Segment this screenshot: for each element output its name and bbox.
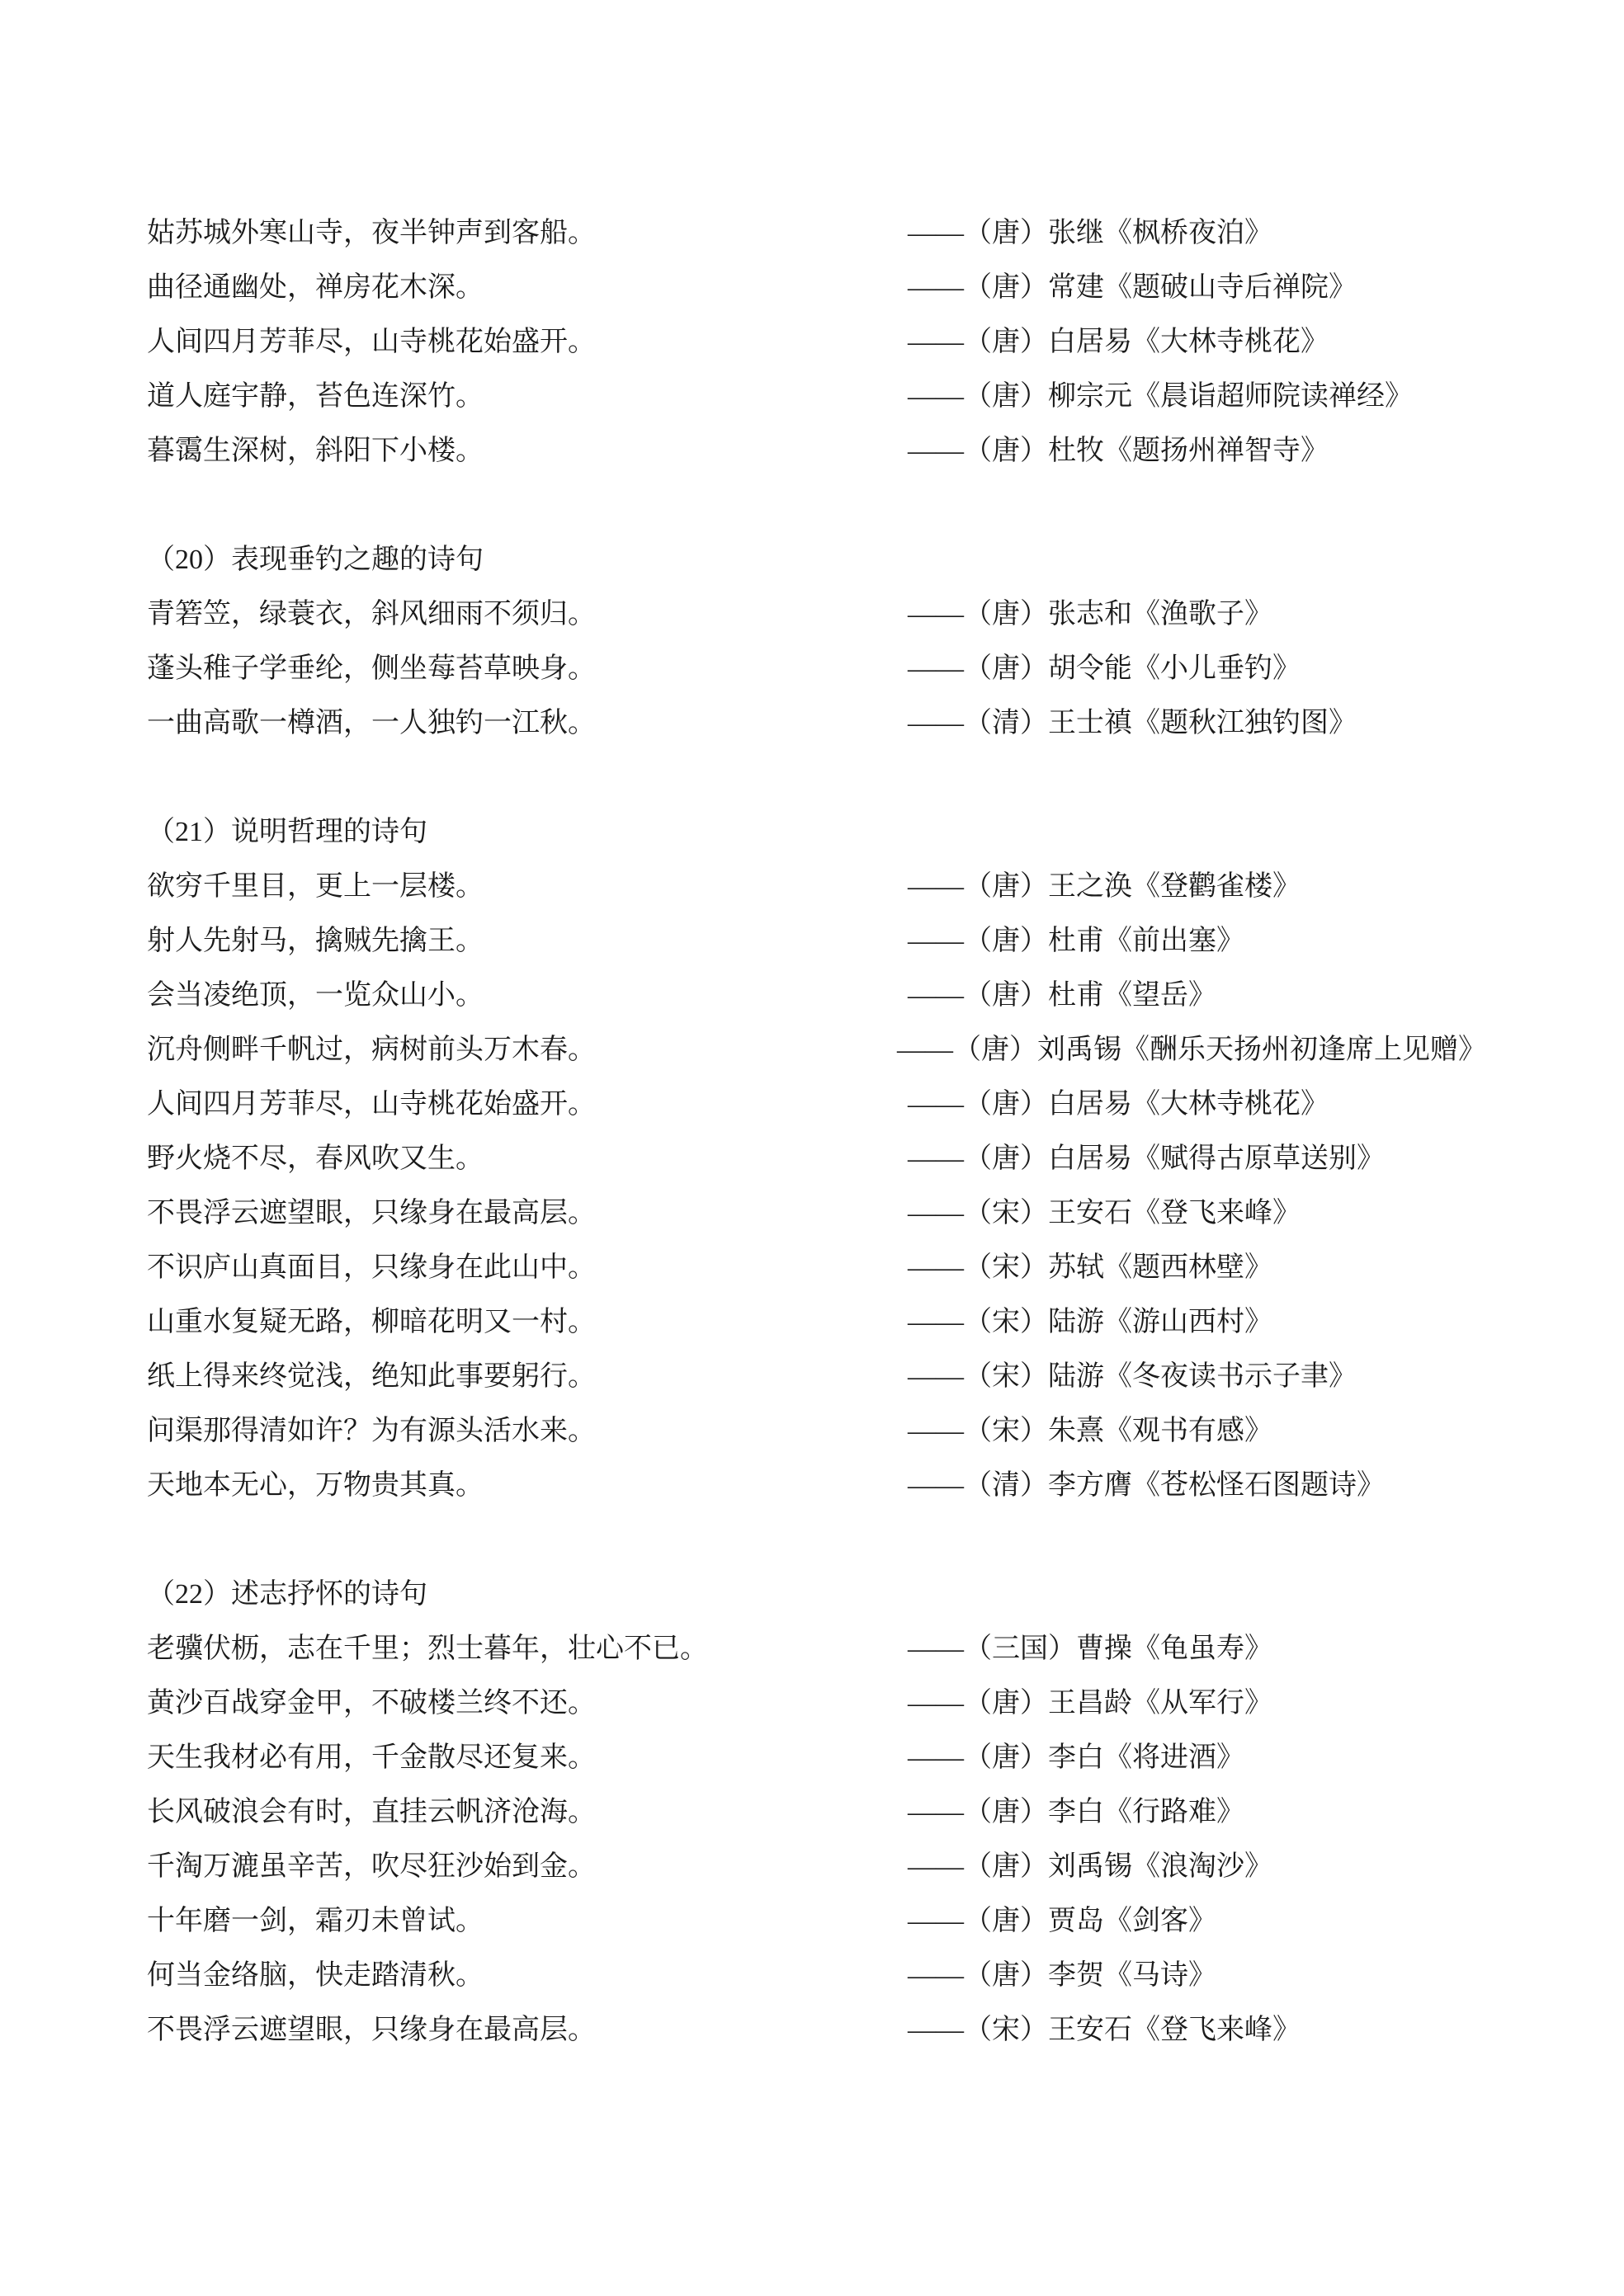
poem-row: 不畏浮云遮望眼，只缘身在最高层。——（宋）王安石《登飞来峰》: [0, 1186, 1624, 1241]
poem-attribution-text: ——（宋）陆游《冬夜读书示子聿》: [908, 1350, 1357, 1404]
poem-attribution-text: ——（宋）苏轼《题西林壁》: [908, 1241, 1272, 1295]
poem-quote-text: 沉舟侧畔千帆过，病树前头万木春。: [147, 1023, 596, 1077]
poem-quote-text: 曲径通幽处，禅房花木深。: [147, 261, 484, 315]
poem-row: 野火烧不尽，春风吹又生。——（唐）白居易《赋得古原草送别》: [0, 1132, 1624, 1186]
poem-row: 天地本无心，万物贵其真。——（清）李方膺《苍松怪石图题诗》: [0, 1459, 1624, 1513]
poem-row: 射人先射马，擒贼先擒王。——（唐）杜甫《前出塞》: [0, 914, 1624, 969]
poem-attribution-text: ——（唐）柳宗元《晨诣超师院读禅经》: [908, 370, 1413, 424]
poem-row: 人间四月芳菲尽，山寺桃花始盛开。——（唐）白居易《大林寺桃花》: [0, 315, 1624, 370]
poem-quote-text: 问渠那得清如许？为有源头活水来。: [147, 1404, 596, 1459]
poem-quote-text: 一曲高歌一樽酒，一人独钓一江秋。: [147, 696, 596, 751]
poem-quote-text: 不畏浮云遮望眼，只缘身在最高层。: [147, 2003, 596, 2058]
poem-attribution-text: ——（唐）王之涣《登鹳雀楼》: [908, 860, 1301, 914]
poem-row: 青箬笠，绿蓑衣，斜风细雨不须归。——（唐）张志和《渔歌子》: [0, 587, 1624, 642]
poem-row: 欲穷千里目，更上一层楼。——（唐）王之涣《登鹳雀楼》: [0, 860, 1624, 914]
poem-attribution-text: ——（唐）常建《题破山寺后禅院》: [908, 261, 1357, 315]
poem-quote-text: 不畏浮云遮望眼，只缘身在最高层。: [147, 1186, 596, 1241]
poem-attribution-text: ——（唐）李白《将进酒》: [908, 1731, 1244, 1785]
section-header: （22）述志抒怀的诗句: [0, 1568, 1624, 1622]
poem-quote-text: 黄沙百战穿金甲，不破楼兰终不还。: [147, 1676, 596, 1731]
blank-line: [0, 1513, 1624, 1568]
poem-attribution-text: ——（宋）朱熹《观书有感》: [908, 1404, 1272, 1459]
poem-row: 山重水复疑无路，柳暗花明又一村。——（宋）陆游《游山西村》: [0, 1295, 1624, 1350]
poem-row: 会当凌绝顶，一览众山小。——（唐）杜甫《望岳》: [0, 969, 1624, 1023]
section-header-text: （22）述志抒怀的诗句: [147, 1568, 427, 1622]
poem-attribution-text: ——（唐）白居易《赋得古原草送别》: [908, 1132, 1385, 1186]
poem-attribution-text: ——（唐）李贺《马诗》: [908, 1949, 1216, 2003]
poem-attribution-text: ——（唐）杜甫《望岳》: [908, 969, 1216, 1023]
poem-row: 老骥伏枥，志在千里；烈士暮年，壮心不已。——（三国）曹操《龟虽寿》: [0, 1622, 1624, 1676]
poem-attribution-text: ——（唐）贾岛《剑客》: [908, 1894, 1216, 1949]
poem-quote-text: 道人庭宇静，苔色连深竹。: [147, 370, 484, 424]
poem-quote-text: 何当金络脑，快走踏清秋。: [147, 1949, 484, 2003]
poem-quote-text: 山重水复疑无路，柳暗花明又一村。: [147, 1295, 596, 1350]
poem-quote-text: 射人先射马，擒贼先擒王。: [147, 914, 484, 969]
poem-quote-list: 姑苏城外寒山寺，夜半钟声到客船。——（唐）张继《枫桥夜泊》曲径通幽处，禅房花木深…: [0, 206, 1624, 2058]
poem-row: 长风破浪会有时，直挂云帆济沧海。——（唐）李白《行路难》: [0, 1785, 1624, 1840]
poem-row: 问渠那得清如许？为有源头活水来。——（宋）朱熹《观书有感》: [0, 1404, 1624, 1459]
poem-attribution-text: ——（唐）王昌龄《从军行》: [908, 1676, 1272, 1731]
poem-attribution-text: ——（清）王士禛《题秋江独钓图》: [908, 696, 1357, 751]
poem-row: 不识庐山真面目，只缘身在此山中。——（宋）苏轼《题西林壁》: [0, 1241, 1624, 1295]
poem-attribution-text: ——（清）李方膺《苍松怪石图题诗》: [908, 1459, 1385, 1513]
poem-row: 纸上得来终觉浅，绝知此事要躬行。——（宋）陆游《冬夜读书示子聿》: [0, 1350, 1624, 1404]
poem-attribution-text: ——（三国）曹操《龟虽寿》: [908, 1622, 1272, 1676]
poem-row: 不畏浮云遮望眼，只缘身在最高层。——（宋）王安石《登飞来峰》: [0, 2003, 1624, 2058]
poem-attribution-text: ——（唐）杜牧《题扬州禅智寺》: [908, 424, 1329, 479]
poem-row: 黄沙百战穿金甲，不破楼兰终不还。——（唐）王昌龄《从军行》: [0, 1676, 1624, 1731]
poem-quote-text: 长风破浪会有时，直挂云帆济沧海。: [147, 1785, 596, 1840]
poem-attribution-text: ——（唐）白居易《大林寺桃花》: [908, 315, 1329, 370]
poem-quote-text: 天地本无心，万物贵其真。: [147, 1459, 484, 1513]
section-header-text: （20）表现垂钓之趣的诗句: [147, 533, 484, 587]
blank-line: [0, 479, 1624, 533]
poem-quote-text: 人间四月芳菲尽，山寺桃花始盛开。: [147, 1077, 596, 1132]
poem-attribution-text: ——（唐）刘禹锡《酬乐天扬州初逢席上见赠》: [897, 1023, 1486, 1077]
poem-quote-text: 天生我材必有用，千金散尽还复来。: [147, 1731, 596, 1785]
poem-quote-text: 千淘万漉虽辛苦，吹尽狂沙始到金。: [147, 1840, 596, 1894]
poem-quote-text: 欲穷千里目，更上一层楼。: [147, 860, 484, 914]
poem-row: 暮霭生深树，斜阳下小楼。——（唐）杜牧《题扬州禅智寺》: [0, 424, 1624, 479]
poem-quote-text: 十年磨一剑，霜刃未曾试。: [147, 1894, 484, 1949]
poem-row: 一曲高歌一樽酒，一人独钓一江秋。——（清）王士禛《题秋江独钓图》: [0, 696, 1624, 751]
poem-row: 十年磨一剑，霜刃未曾试。——（唐）贾岛《剑客》: [0, 1894, 1624, 1949]
poem-quote-text: 不识庐山真面目，只缘身在此山中。: [147, 1241, 596, 1295]
poem-attribution-text: ——（唐）胡令能《小儿垂钓》: [908, 642, 1301, 696]
poem-row: 蓬头稚子学垂纶，侧坐莓苔草映身。——（唐）胡令能《小儿垂钓》: [0, 642, 1624, 696]
poem-attribution-text: ——（宋）王安石《登飞来峰》: [908, 2003, 1301, 2058]
poem-quote-text: 会当凌绝顶，一览众山小。: [147, 969, 484, 1023]
poem-quote-text: 蓬头稚子学垂纶，侧坐莓苔草映身。: [147, 642, 596, 696]
poem-row: 人间四月芳菲尽，山寺桃花始盛开。——（唐）白居易《大林寺桃花》: [0, 1077, 1624, 1132]
section-header-text: （21）说明哲理的诗句: [147, 805, 427, 860]
poem-quote-text: 青箬笠，绿蓑衣，斜风细雨不须归。: [147, 587, 596, 642]
poem-row: 姑苏城外寒山寺，夜半钟声到客船。——（唐）张继《枫桥夜泊》: [0, 206, 1624, 261]
blank-line: [0, 751, 1624, 805]
poem-row: 道人庭宇静，苔色连深竹。——（唐）柳宗元《晨诣超师院读禅经》: [0, 370, 1624, 424]
poem-attribution-text: ——（唐）张继《枫桥夜泊》: [908, 206, 1272, 261]
section-header: （20）表现垂钓之趣的诗句: [0, 533, 1624, 587]
poem-quote-text: 老骥伏枥，志在千里；烈士暮年，壮心不已。: [147, 1622, 708, 1676]
poem-attribution-text: ——（唐）李白《行路难》: [908, 1785, 1244, 1840]
document-page: 姑苏城外寒山寺，夜半钟声到客船。——（唐）张继《枫桥夜泊》曲径通幽处，禅房花木深…: [0, 0, 1624, 2296]
poem-quote-text: 纸上得来终觉浅，绝知此事要躬行。: [147, 1350, 596, 1404]
section-header: （21）说明哲理的诗句: [0, 805, 1624, 860]
poem-row: 沉舟侧畔千帆过，病树前头万木春。——（唐）刘禹锡《酬乐天扬州初逢席上见赠》: [0, 1023, 1624, 1077]
poem-quote-text: 姑苏城外寒山寺，夜半钟声到客船。: [147, 206, 596, 261]
poem-row: 曲径通幽处，禅房花木深。——（唐）常建《题破山寺后禅院》: [0, 261, 1624, 315]
poem-quote-text: 人间四月芳菲尽，山寺桃花始盛开。: [147, 315, 596, 370]
poem-row: 何当金络脑，快走踏清秋。——（唐）李贺《马诗》: [0, 1949, 1624, 2003]
poem-attribution-text: ——（宋）王安石《登飞来峰》: [908, 1186, 1301, 1241]
poem-attribution-text: ——（唐）张志和《渔歌子》: [908, 587, 1272, 642]
poem-quote-text: 野火烧不尽，春风吹又生。: [147, 1132, 484, 1186]
poem-attribution-text: ——（唐）白居易《大林寺桃花》: [908, 1077, 1329, 1132]
poem-row: 千淘万漉虽辛苦，吹尽狂沙始到金。——（唐）刘禹锡《浪淘沙》: [0, 1840, 1624, 1894]
poem-quote-text: 暮霭生深树，斜阳下小楼。: [147, 424, 484, 479]
poem-attribution-text: ——（唐）杜甫《前出塞》: [908, 914, 1244, 969]
poem-attribution-text: ——（宋）陆游《游山西村》: [908, 1295, 1272, 1350]
poem-attribution-text: ——（唐）刘禹锡《浪淘沙》: [908, 1840, 1272, 1894]
poem-row: 天生我材必有用，千金散尽还复来。——（唐）李白《将进酒》: [0, 1731, 1624, 1785]
